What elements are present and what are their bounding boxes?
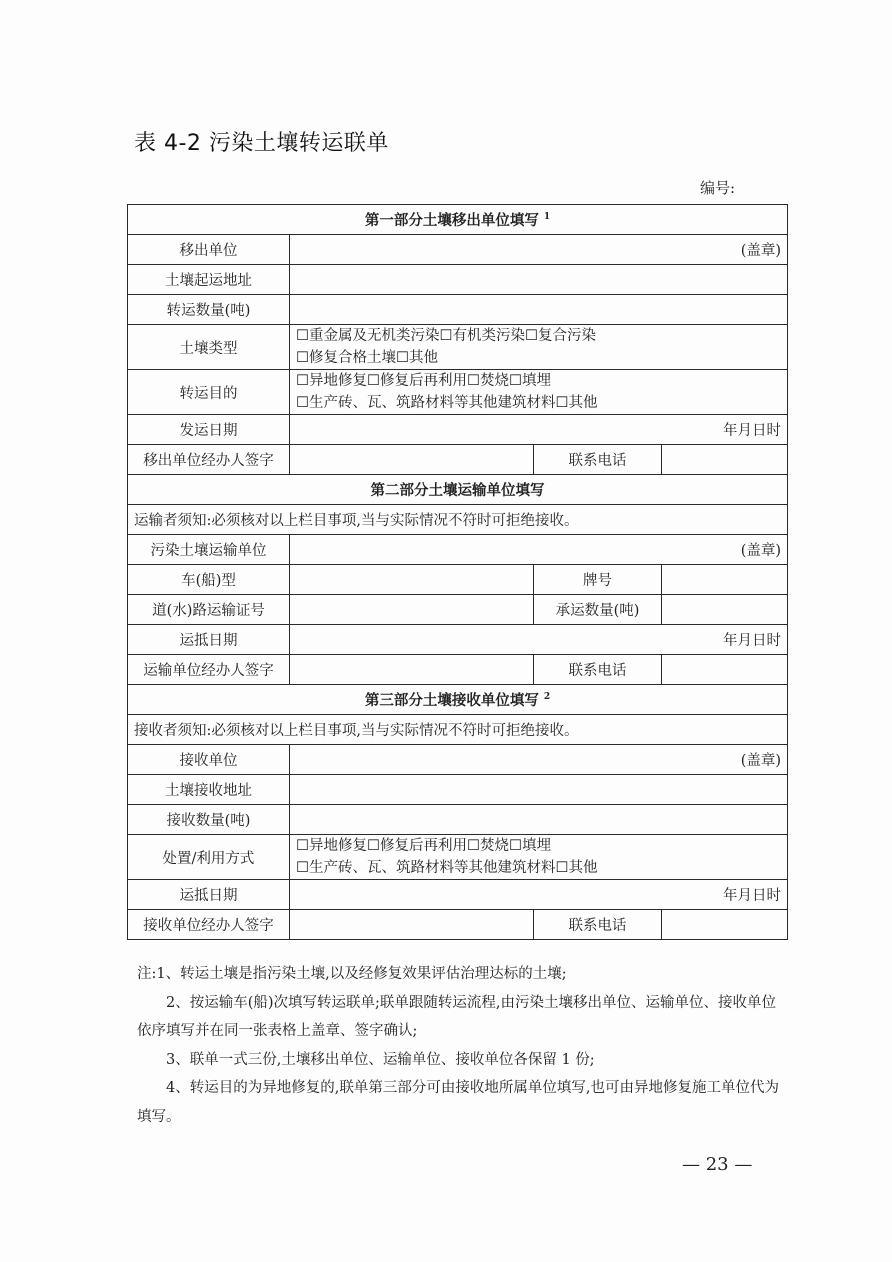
label-received-quantity: 接收数量(吨) (128, 805, 290, 835)
label-plate-number: 牌号 (534, 565, 662, 595)
note-1: 注:1、转运土壤是指污染土壤,以及经修复效果评估治理达标的土壤; (137, 960, 787, 989)
label-transport-unit: 污染土壤运输单位 (128, 535, 290, 565)
label-receiving-phone: 联系电话 (534, 910, 662, 940)
purpose-options-line1[interactable]: ☐异地修复☐修复后再利用☐焚烧☐填埋 (296, 370, 781, 392)
table-row: 运抵日期 年月日时 (128, 625, 788, 655)
table-row: 移出单位经办人签字 联系电话 (128, 445, 788, 475)
origin-address-field[interactable] (290, 265, 788, 295)
label-receiving-signer: 接收单位经办人签字 (128, 910, 290, 940)
label-transport-phone: 联系电话 (534, 655, 662, 685)
label-transfer-quantity: 转运数量(吨) (128, 295, 290, 325)
label-origin-address: 土壤起运地址 (128, 265, 290, 295)
stamp-label: (盖章) (741, 543, 781, 559)
section1-header-row: 第一部分土壤移出单位填写 1 (128, 205, 788, 235)
transport-unit-field[interactable]: (盖章) (290, 535, 788, 565)
carrier-notice: 运输者须知:必须核对以上栏目事项,当与实际情况不符时可拒绝接收。 (128, 505, 788, 535)
table-row: 处置/利用方式 ☐异地修复☐修复后再利用☐焚烧☐填埋 ☐生产砖、瓦、筑路材料等其… (128, 835, 788, 880)
label-carried-quantity: 承运数量(吨) (534, 595, 662, 625)
datetime-label: 年月日时 (723, 633, 781, 649)
table-row: 土壤接收地址 (128, 775, 788, 805)
vehicle-type-field[interactable] (290, 565, 534, 595)
datetime-label: 年月日时 (723, 888, 781, 904)
table-row: 接收单位经办人签字 联系电话 (128, 910, 788, 940)
transfer-purpose-options[interactable]: ☐异地修复☐修复后再利用☐焚烧☐填埋 ☐生产砖、瓦、筑路材料等其他建筑材料☐其他 (290, 370, 788, 415)
label-soil-type: 土壤类型 (128, 325, 290, 370)
section2-header-row: 第二部分土壤运输单位填写 (128, 475, 788, 505)
table-row: 运输者须知:必须核对以上栏目事项,当与实际情况不符时可拒绝接收。 (128, 505, 788, 535)
transport-phone-field[interactable] (662, 655, 788, 685)
footnote-1: 1 (544, 212, 550, 222)
table-row: 运输单位经办人签字 联系电话 (128, 655, 788, 685)
transport-signer-field[interactable] (290, 655, 534, 685)
purpose-options-line2[interactable]: ☐生产砖、瓦、筑路材料等其他建筑材料☐其他 (296, 392, 781, 414)
receiving-unit-field[interactable]: (盖章) (290, 745, 788, 775)
soil-type-options[interactable]: ☐重金属及无机类污染☐有机类污染☐复合污染 ☐修复合格土壤☐其他 (290, 325, 788, 370)
label-receiving-arrival-date: 运抵日期 (128, 880, 290, 910)
page-number: — 23 — (682, 1154, 752, 1175)
table-row: 运抵日期 年月日时 (128, 880, 788, 910)
ship-date-field[interactable]: 年月日时 (290, 415, 788, 445)
label-transport-signer: 运输单位经办人签字 (128, 655, 290, 685)
section3-header-row: 第三部分土壤接收单位填写 2 (128, 685, 788, 715)
datetime-label: 年月日时 (723, 423, 781, 439)
table-row: 污染土壤运输单位 (盖章) (128, 535, 788, 565)
note-3: 3、联单一式三份,土壤移出单位、运输单位、接收单位各保留 1 份; (137, 1046, 787, 1075)
transport-arrival-date-field[interactable]: 年月日时 (290, 625, 788, 655)
stamp-label: (盖章) (741, 243, 781, 259)
transfer-form-table: 第一部分土壤移出单位填写 1 移出单位 (盖章) 土壤起运地址 转运数量(吨) … (127, 204, 788, 940)
note-2: 2、按运输车(船)次填写转运联单;联单跟随转运流程,由污染土壤移出单位、运输单位… (137, 989, 787, 1046)
table-row: 转运数量(吨) (128, 295, 788, 325)
transport-permit-field[interactable] (290, 595, 534, 625)
table-row: 道(水)路运输证号 承运数量(吨) (128, 595, 788, 625)
table-row: 转运目的 ☐异地修复☐修复后再利用☐焚烧☐填埋 ☐生产砖、瓦、筑路材料等其他建筑… (128, 370, 788, 415)
section3-heading: 第三部分土壤接收单位填写 2 (128, 685, 788, 715)
table-row: 移出单位 (盖章) (128, 235, 788, 265)
disposal-options-line1[interactable]: ☐异地修复☐修复后再利用☐焚烧☐填埋 (296, 835, 781, 857)
label-disposal-method: 处置/利用方式 (128, 835, 290, 880)
label-receiving-unit: 接收单位 (128, 745, 290, 775)
receiving-arrival-date-field[interactable]: 年月日时 (290, 880, 788, 910)
label-outgoing-signer: 移出单位经办人签字 (128, 445, 290, 475)
receiving-address-field[interactable] (290, 775, 788, 805)
plate-number-field[interactable] (662, 565, 788, 595)
label-outgoing-unit: 移出单位 (128, 235, 290, 265)
footnote-2: 2 (544, 692, 550, 702)
disposal-options-line2[interactable]: ☐生产砖、瓦、筑路材料等其他建筑材料☐其他 (296, 857, 781, 879)
section2-heading: 第二部分土壤运输单位填写 (128, 475, 788, 505)
carried-quantity-field[interactable] (662, 595, 788, 625)
doc-number-label: 编号: (700, 177, 735, 198)
table-row: 土壤类型 ☐重金属及无机类污染☐有机类污染☐复合污染 ☐修复合格土壤☐其他 (128, 325, 788, 370)
soil-type-options-line1[interactable]: ☐重金属及无机类污染☐有机类污染☐复合污染 (296, 325, 781, 347)
section1-heading-text: 第一部分土壤移出单位填写 (365, 212, 539, 229)
outgoing-phone-field[interactable] (662, 445, 788, 475)
table-row: 接收者须知:必须核对以上栏目事项,当与实际情况不符时可拒绝接收。 (128, 715, 788, 745)
section1-heading: 第一部分土壤移出单位填写 1 (128, 205, 788, 235)
stamp-label: (盖章) (741, 753, 781, 769)
label-transfer-purpose: 转运目的 (128, 370, 290, 415)
table-row: 土壤起运地址 (128, 265, 788, 295)
receiving-phone-field[interactable] (662, 910, 788, 940)
receiving-signer-field[interactable] (290, 910, 534, 940)
outgoing-signer-field[interactable] (290, 445, 534, 475)
outgoing-unit-field[interactable]: (盖章) (290, 235, 788, 265)
section3-heading-text: 第三部分土壤接收单位填写 (365, 692, 539, 709)
note-4: 4、转运目的为异地修复的,联单第三部分可由接收地所属单位填写,也可由异地修复施工… (137, 1074, 787, 1131)
label-vehicle-type: 车(船)型 (128, 565, 290, 595)
received-quantity-field[interactable] (290, 805, 788, 835)
table-row: 接收单位 (盖章) (128, 745, 788, 775)
receiver-notice: 接收者须知:必须核对以上栏目事项,当与实际情况不符时可拒绝接收。 (128, 715, 788, 745)
label-ship-date: 发运日期 (128, 415, 290, 445)
soil-type-options-line2[interactable]: ☐修复合格土壤☐其他 (296, 347, 781, 369)
label-receiving-address: 土壤接收地址 (128, 775, 290, 805)
label-transport-arrival-date: 运抵日期 (128, 625, 290, 655)
transfer-quantity-field[interactable] (290, 295, 788, 325)
label-outgoing-phone: 联系电话 (534, 445, 662, 475)
disposal-method-options[interactable]: ☐异地修复☐修复后再利用☐焚烧☐填埋 ☐生产砖、瓦、筑路材料等其他建筑材料☐其他 (290, 835, 788, 880)
page-title: 表 4-2 污染土壤转运联单 (134, 126, 389, 157)
table-row: 车(船)型 牌号 (128, 565, 788, 595)
table-row: 接收数量(吨) (128, 805, 788, 835)
notes-block: 注:1、转运土壤是指污染土壤,以及经修复效果评估治理达标的土壤; 2、按运输车(… (137, 960, 787, 1131)
table-row: 发运日期 年月日时 (128, 415, 788, 445)
label-transport-permit: 道(水)路运输证号 (128, 595, 290, 625)
